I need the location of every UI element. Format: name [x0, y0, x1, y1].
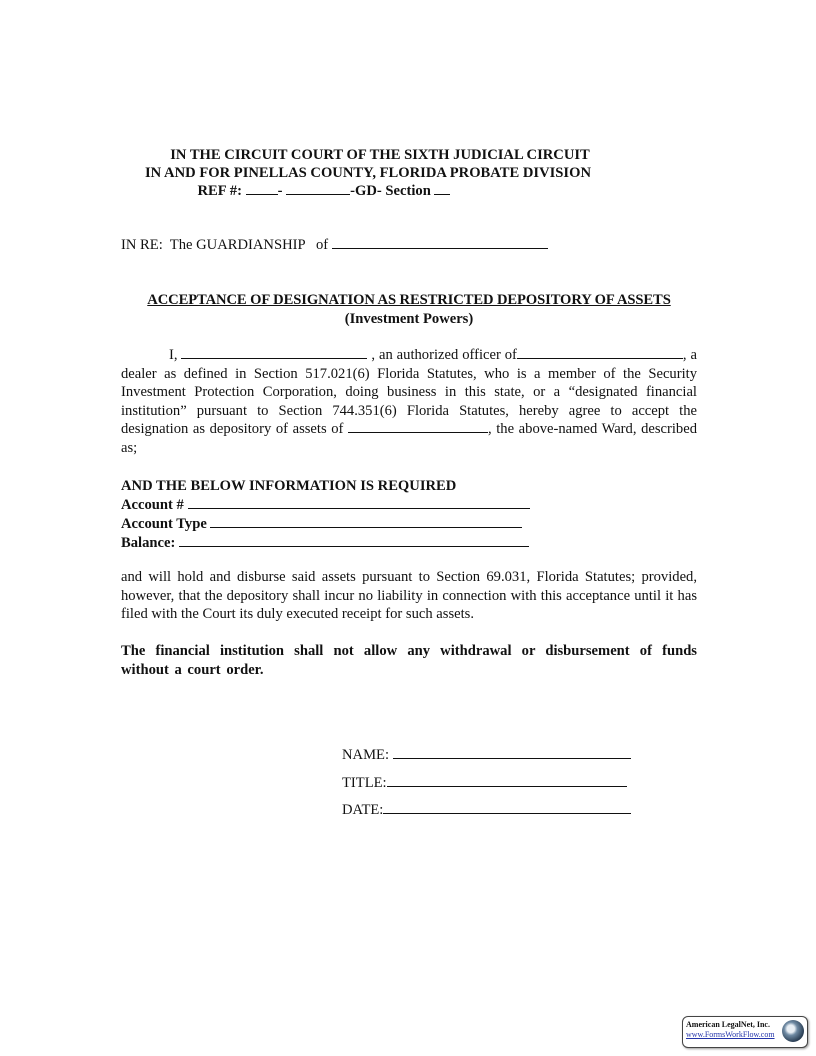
- date-field[interactable]: [383, 812, 631, 814]
- legalnet-logo-icon: [782, 1020, 804, 1042]
- badge-org-name: American LegalNet, Inc.: [686, 1020, 770, 1029]
- date-label: DATE:: [342, 802, 383, 818]
- assets-of-field[interactable]: [348, 431, 488, 433]
- required-info-section: AND THE BELOW INFORMATION IS REQUIRED Ac…: [121, 477, 530, 553]
- account-type-row: Account Type: [121, 515, 530, 534]
- account-type-label: Account Type: [121, 516, 207, 532]
- signature-date-row: DATE:: [342, 797, 631, 825]
- ref-number-line: REF #: - -GD- Section: [12, 182, 636, 200]
- balance-label: Balance:: [121, 535, 175, 551]
- account-type-field[interactable]: [210, 526, 522, 528]
- account-number-field[interactable]: [188, 507, 530, 509]
- balance-field[interactable]: [179, 545, 529, 547]
- officer-name-field[interactable]: [181, 357, 367, 359]
- officer-text: , an authorized officer of: [371, 347, 517, 363]
- account-number-row: Account #: [121, 496, 530, 515]
- ref-gd-section-label: -GD- Section: [350, 183, 431, 199]
- ref-number-field[interactable]: [286, 193, 350, 195]
- signature-name-row: NAME:: [342, 742, 631, 770]
- disbursement-paragraph: and will hold and disburse said assets p…: [121, 568, 697, 624]
- document-subtitle: (Investment Powers): [121, 311, 697, 328]
- required-info-heading: AND THE BELOW INFORMATION IS REQUIRED: [121, 477, 530, 496]
- in-re-label: IN RE: The GUARDIANSHIP of: [121, 237, 328, 253]
- name-label: NAME:: [342, 747, 389, 763]
- signature-title-row: TITLE:: [342, 770, 631, 798]
- court-heading-line1: IN THE CIRCUIT COURT OF THE SIXTH JUDICI…: [12, 146, 748, 164]
- ref-separator: -: [278, 183, 283, 199]
- institution-name-field[interactable]: [517, 357, 683, 359]
- comma: ,: [683, 347, 687, 363]
- ref-section-field[interactable]: [434, 193, 450, 195]
- withdrawal-restriction-paragraph: The financial institution shall not allo…: [121, 642, 697, 680]
- ward-name-field[interactable]: [332, 247, 548, 249]
- in-re-line: IN RE: The GUARDIANSHIP of: [121, 237, 548, 254]
- balance-row: Balance:: [121, 534, 530, 553]
- legalnet-badge[interactable]: American LegalNet, Inc. www.FormsWorkFlo…: [682, 1016, 808, 1048]
- title-field[interactable]: [387, 785, 627, 787]
- account-number-label: Account #: [121, 497, 184, 513]
- title-label: TITLE:: [342, 775, 387, 791]
- acceptance-paragraph: I, , an authorized officer of, a dealer …: [121, 346, 697, 458]
- signature-block: NAME: TITLE: DATE:: [342, 742, 631, 825]
- paragraph-start: I,: [169, 347, 178, 363]
- name-field[interactable]: [393, 757, 631, 759]
- ref-label: REF #:: [198, 183, 242, 199]
- badge-url-link[interactable]: www.FormsWorkFlow.com: [686, 1030, 775, 1039]
- ref-year-field[interactable]: [246, 193, 278, 195]
- document-title: ACCEPTANCE OF DESIGNATION AS RESTRICTED …: [121, 292, 697, 309]
- court-heading-line2: IN AND FOR PINELLAS COUNTY, FLORIDA PROB…: [0, 164, 736, 182]
